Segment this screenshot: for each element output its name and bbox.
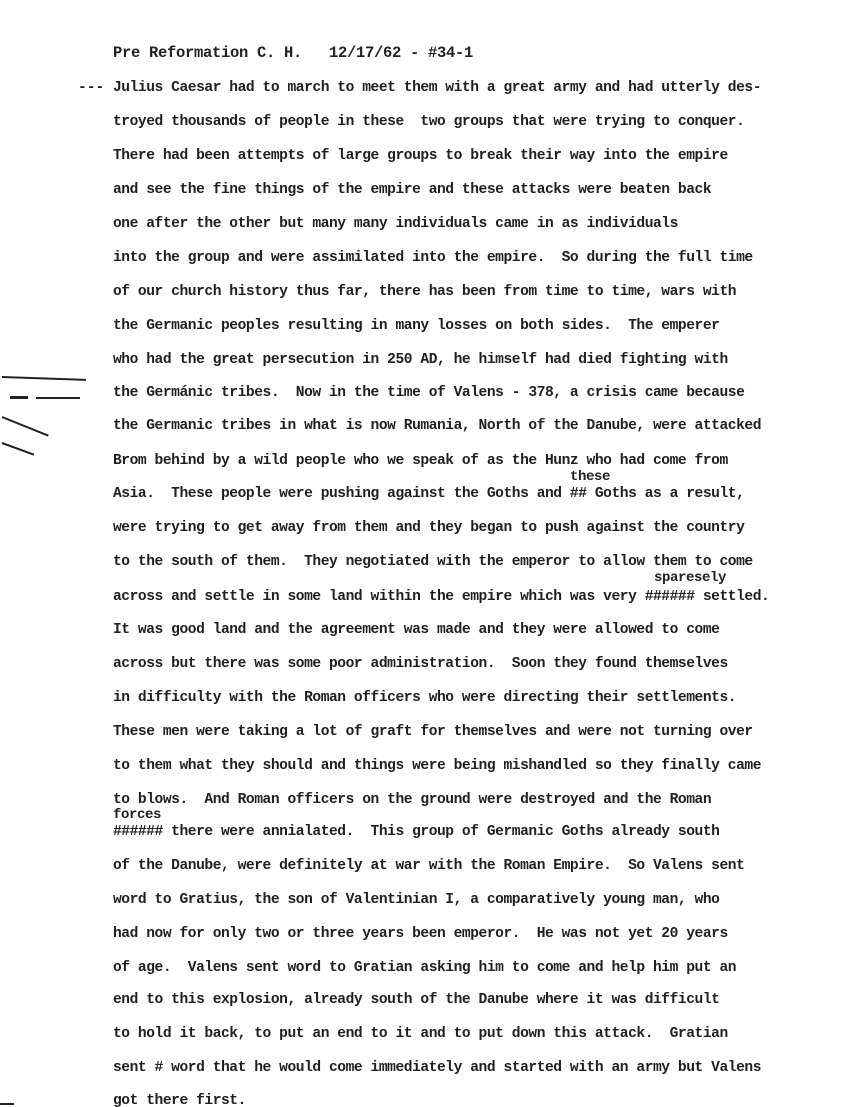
- text-line: the Germánic tribes. Now in the time of …: [113, 385, 744, 401]
- margin-pen-mark: [10, 396, 28, 399]
- text-line: word to Gratius, the son of Valentinian …: [113, 892, 719, 908]
- text-line: Asia. These people were pushing against …: [113, 486, 744, 502]
- margin-pen-mark: [2, 442, 35, 456]
- text-line: Brom behind by a wild people who we spea…: [113, 453, 728, 469]
- text-line: into the group and were assimilated into…: [113, 250, 753, 266]
- text-line: troyed thousands of people in these two …: [113, 114, 744, 130]
- text-line: had now for only two or three years been…: [113, 926, 728, 942]
- text-line: the Germanic tribes in what is now Ruman…: [113, 418, 761, 434]
- text-line: were trying to get away from them and th…: [113, 520, 744, 536]
- page-header: Pre Reformation C. H. 12/17/62 - #34-1: [113, 44, 473, 62]
- text-line: Julius Caesar had to march to meet them …: [113, 80, 761, 96]
- text-line: across but there was some poor administr…: [113, 656, 728, 672]
- interlinear-insertion: these: [570, 469, 610, 485]
- text-line: to them what they should and things were…: [113, 758, 761, 774]
- text-line: sent # word that he would come immediate…: [113, 1060, 761, 1076]
- text-line: of our church history thus far, there ha…: [113, 284, 736, 300]
- margin-pen-mark: [2, 416, 49, 437]
- text-line: in difficulty with the Roman officers wh…: [113, 690, 736, 706]
- margin-pen-mark: [36, 397, 80, 399]
- interlinear-insertion: sparesely: [654, 570, 726, 586]
- text-line: of age. Valens sent word to Gratian aski…: [113, 960, 736, 976]
- continuation-marker: ---: [78, 80, 104, 96]
- typewritten-page: Pre Reformation C. H. 12/17/62 - #34-1 -…: [0, 0, 846, 1107]
- text-line: to hold it back, to put an end to it and…: [113, 1026, 728, 1042]
- text-line: to the south of them. They negotiated wi…: [113, 554, 753, 570]
- text-line: and see the fine things of the empire an…: [113, 182, 711, 198]
- text-line: end to this explosion, already south of …: [113, 992, 719, 1008]
- text-line: one after the other but many many indivi…: [113, 216, 678, 232]
- margin-pen-mark: [2, 376, 86, 381]
- text-line: These men were taking a lot of graft for…: [113, 724, 753, 740]
- text-line: across and settle in some land within th…: [113, 589, 769, 605]
- text-line: of the Danube, were definitely at war wi…: [113, 858, 744, 874]
- text-line: ###### there were annialated. This group…: [113, 824, 719, 840]
- text-line: There had been attempts of large groups …: [113, 148, 728, 164]
- text-line: who had the great persecution in 250 AD,…: [113, 352, 728, 368]
- text-line: It was good land and the agreement was m…: [113, 622, 719, 638]
- margin-pen-mark: [0, 1103, 14, 1105]
- text-line: the Germanic peoples resulting in many l…: [113, 318, 719, 334]
- interlinear-insertion: forces: [113, 807, 161, 823]
- text-line: got there first.: [113, 1093, 246, 1107]
- text-line: to blows. And Roman officers on the grou…: [113, 792, 711, 808]
